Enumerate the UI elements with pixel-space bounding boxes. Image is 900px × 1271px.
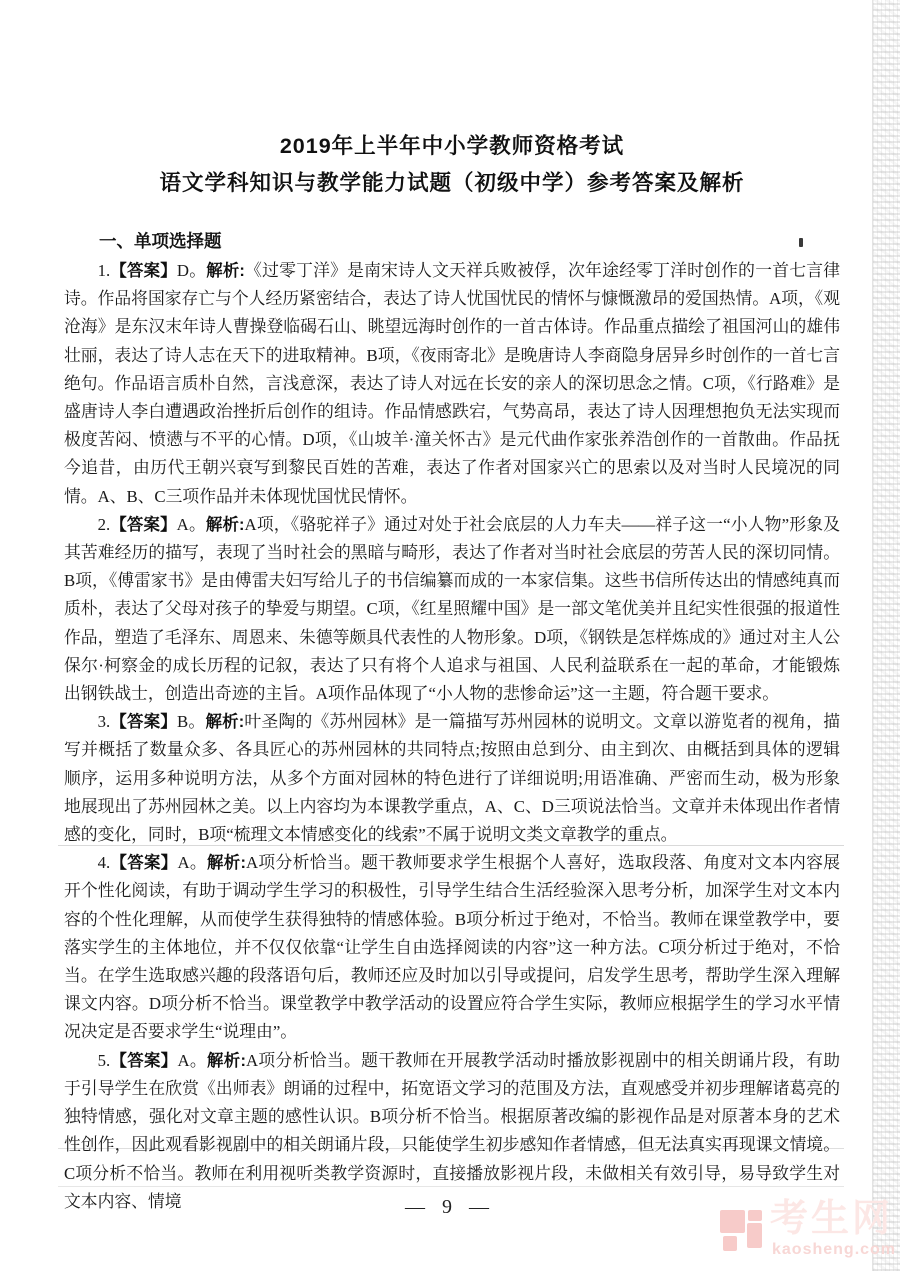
answer-value: A。 bbox=[177, 515, 206, 534]
analysis-label: 解析: bbox=[206, 516, 245, 534]
item-number: 2. bbox=[98, 515, 111, 534]
answer-label: 【答案】 bbox=[110, 516, 176, 534]
analysis-label: 解析: bbox=[205, 713, 244, 731]
answer-value: B。 bbox=[177, 712, 205, 731]
item-number: 4. bbox=[98, 853, 111, 872]
doc-title-line1: 2019年上半年中小学教师资格考试 bbox=[64, 128, 840, 165]
answer-value: A。 bbox=[177, 853, 207, 872]
logo-block bbox=[748, 1210, 762, 1221]
item-body: A项分析恰当。题干教师在开展教学活动时播放影视剧中的相关朗诵片段，有助于引导学生… bbox=[64, 1051, 840, 1211]
section-heading: 一、单项选择题 bbox=[64, 228, 840, 254]
logo-block bbox=[723, 1236, 737, 1251]
item-number: 5. bbox=[98, 1051, 111, 1070]
answer-label: 【答案】 bbox=[110, 854, 177, 872]
item-number: 1. bbox=[98, 261, 111, 280]
logo-block bbox=[747, 1223, 762, 1248]
answer-label: 【答案】 bbox=[110, 713, 177, 731]
watermark-site-name: 考生网 bbox=[770, 1198, 893, 1240]
kaosheng-watermark: 考生网 kaosheng.com bbox=[716, 1198, 900, 1268]
answer-items: 1.【答案】D。解析:《过零丁洋》是南宋诗人文天祥兵败被俘，次年途经零丁洋时创作… bbox=[64, 257, 840, 1216]
answer-item-1: 1.【答案】D。解析:《过零丁洋》是南宋诗人文天祥兵败被俘，次年途经零丁洋时创作… bbox=[64, 257, 840, 511]
item-body: A项分析恰当。题干教师要求学生根据个人喜好，选取段落、角度对文本内容展开个性化阅… bbox=[64, 853, 840, 1041]
page-content: 2019年上半年中小学教师资格考试 语文学科知识与教学能力试题（初级中学）参考答… bbox=[64, 128, 840, 1216]
watermark-site-url: kaosheng.com bbox=[772, 1241, 896, 1259]
item-body: 《过零丁洋》是南宋诗人文天祥兵败被俘，次年途经零丁洋时创作的一首七言律诗。作品将… bbox=[64, 261, 840, 506]
answer-item-4: 4.【答案】A。解析:A项分析恰当。题干教师要求学生根据个人喜好，选取段落、角度… bbox=[64, 849, 840, 1046]
analysis-label: 解析: bbox=[206, 262, 245, 280]
answer-label: 【答案】 bbox=[110, 1052, 177, 1070]
answer-item-3: 3.【答案】B。解析:叶圣陶的《苏州园林》是一篇描写苏州园林的说明文。文章以游览… bbox=[64, 708, 840, 849]
logo-block bbox=[720, 1210, 745, 1233]
item-body: 叶圣陶的《苏州园林》是一篇描写苏州园林的说明文。文章以游览者的视角，描写并概括了… bbox=[64, 712, 840, 844]
analysis-label: 解析: bbox=[207, 1052, 246, 1070]
answer-label: 【答案】 bbox=[110, 262, 177, 280]
answer-value: D。 bbox=[177, 261, 206, 280]
answer-item-2: 2.【答案】A。解析:A项，《骆驼祥子》通过对处于社会底层的人力车夫——祥子这一… bbox=[64, 511, 840, 708]
answer-value: A。 bbox=[177, 1051, 207, 1070]
answer-item-5: 5.【答案】A。解析:A项分析恰当。题干教师在开展教学活动时播放影视剧中的相关朗… bbox=[64, 1047, 840, 1216]
item-body: A项，《骆驼祥子》通过对处于社会底层的人力车夫——祥子这一“小人物”形象及其苦难… bbox=[64, 515, 840, 703]
item-number: 3. bbox=[98, 712, 111, 731]
scan-noise-edge bbox=[872, 0, 900, 1271]
document-page: 2019年上半年中小学教师资格考试 语文学科知识与教学能力试题（初级中学）参考答… bbox=[0, 0, 900, 1271]
analysis-label: 解析: bbox=[207, 854, 246, 872]
doc-title-line2: 语文学科知识与教学能力试题（初级中学）参考答案及解析 bbox=[64, 165, 840, 202]
